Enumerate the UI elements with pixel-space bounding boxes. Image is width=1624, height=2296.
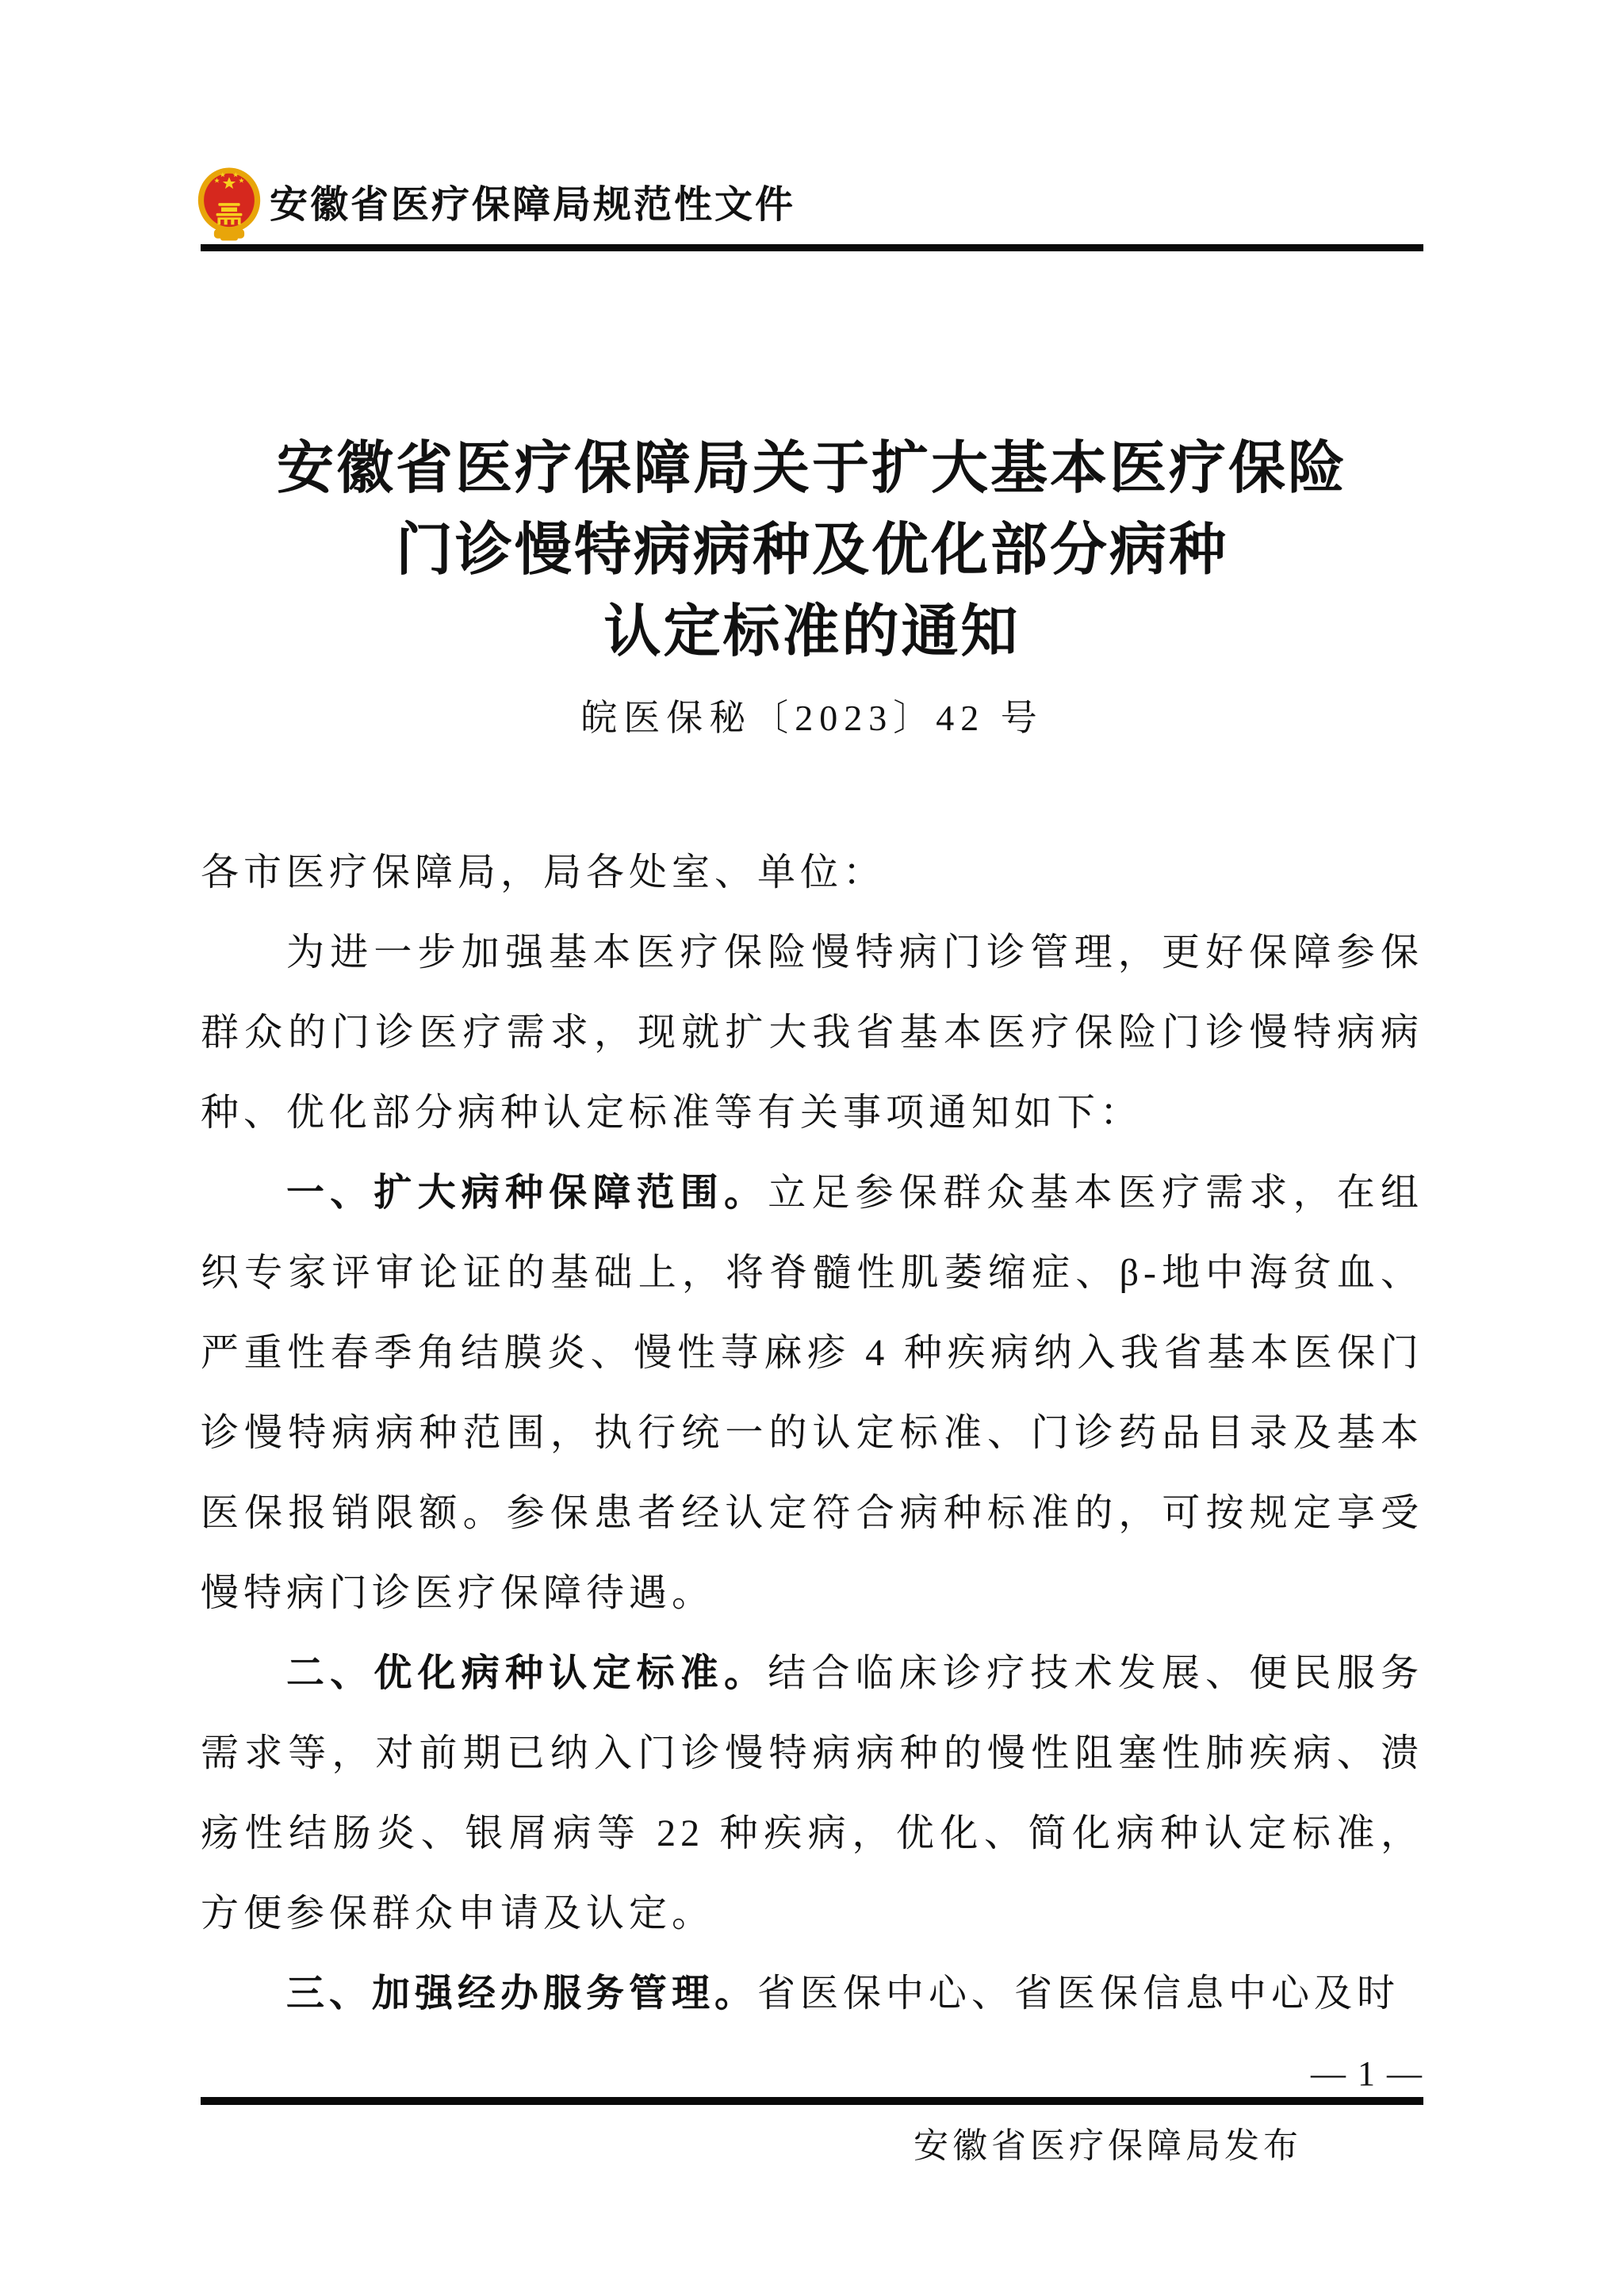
document-title: 安徽省医疗保障局关于扩大基本医疗保险 门诊慢特病病种及优化部分病种 认定标准的通… [0, 428, 1624, 673]
header-rule [201, 244, 1423, 251]
paragraph-lead: 二、优化病种认定标准。 [286, 1652, 768, 1694]
paragraph-text: 为进一步加强基本医疗保险慢特病门诊管理，更好保障参保群众的门诊医疗需求，现就扩大… [201, 932, 1423, 1134]
paragraph: 二、优化病种认定标准。结合临床诊疗技术发展、便民服务需求等，对前期已纳入门诊慢特… [201, 1633, 1423, 1954]
paragraph-text: 立足参保群众基本医疗需求，在组织专家评审论证的基础上，将脊髓性肌萎缩症、β-地中… [201, 1172, 1423, 1614]
document-number: 皖医保秘〔2023〕42 号 [0, 696, 1624, 740]
header-banner-title: 安徽省医疗保障局规范性文件 [270, 182, 795, 228]
publisher-line: 安徽省医疗保障局发布 [913, 2126, 1302, 2167]
paragraph: 一、扩大病种保障范围。立足参保群众基本医疗需求，在组织专家评审论证的基础上，将脊… [201, 1153, 1423, 1633]
document-page: 安徽省医疗保障局规范性文件 安徽省医疗保障局关于扩大基本医疗保险 门诊慢特病病种… [0, 0, 1624, 2296]
footer-rule [201, 2097, 1423, 2105]
paragraph: 三、加强经办服务管理。省医保中心、省医保信息中心及时 [201, 1954, 1423, 2034]
document-title-line2: 门诊慢特病病种及优化部分病种 [0, 510, 1624, 591]
document-title-line1: 安徽省医疗保障局关于扩大基本医疗保险 [0, 428, 1624, 510]
document-body: 各市医疗保障局，局各处室、单位： 为进一步加强基本医疗保险慢特病门诊管理，更好保… [201, 832, 1423, 2034]
paragraph: 为进一步加强基本医疗保险慢特病门诊管理，更好保障参保群众的门诊医疗需求，现就扩大… [201, 913, 1423, 1153]
paragraph-lead: 三、加强经办服务管理。 [286, 1973, 757, 2015]
paragraph-text: 省医保中心、省医保信息中心及时 [757, 1973, 1400, 2015]
salutation: 各市医疗保障局，局各处室、单位： [201, 832, 1423, 913]
page-number: — 1 — [1311, 2055, 1423, 2093]
document-title-line3: 认定标准的通知 [0, 591, 1624, 673]
paragraph-lead: 一、扩大病种保障范围。 [286, 1172, 768, 1214]
paragraph-text: 结合临床诊疗技术发展、便民服务需求等，对前期已纳入门诊慢特病病种的慢性阻塞性肺疾… [201, 1652, 1423, 1934]
national-emblem-icon [197, 166, 262, 241]
